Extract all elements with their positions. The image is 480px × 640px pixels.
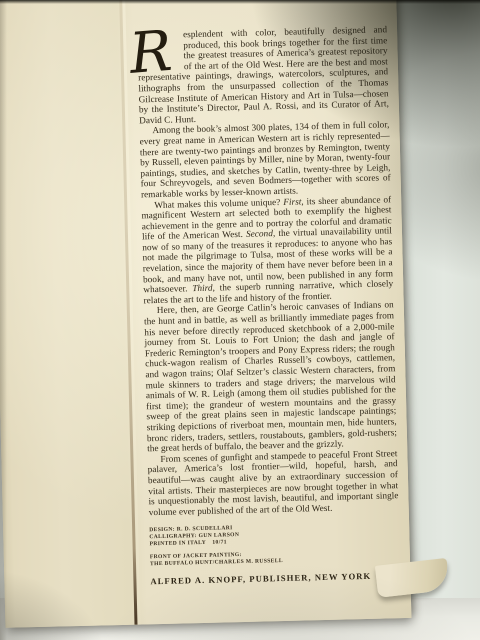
jacket-painting-credit: FRONT OF JACKET PAINTING: THE BUFFALO HU…: [150, 548, 400, 568]
flap-paragraph-3: What makes this volume unique? First, it…: [141, 194, 394, 306]
flap-paragraph-5: From scenes of gunfight and stampede to …: [147, 448, 398, 518]
flap-paragraph-2: Among the book’s almost 300 plates, 134 …: [139, 120, 391, 200]
flap-paragraph-4: Here, then, are George Catlin’s heroic c…: [144, 300, 398, 454]
colophon: DESIGN: R. D. SCUDELLARI CALLIGRAPHY: GU…: [149, 521, 399, 548]
jacket-flap: Resplendent with color, beautifully desi…: [0, 0, 411, 628]
publisher-line: ALFRED A. KNOPF, PUBLISHER, NEW YORK: [150, 570, 400, 586]
drop-cap-letter: R: [128, 29, 181, 73]
photo-of-book-jacket-flap: Resplendent with color, beautifully desi…: [0, 0, 480, 640]
flap-text-block: Resplendent with color, beautifully desi…: [137, 24, 401, 586]
flap-paragraph-1: Resplendent with color, beautifully desi…: [137, 24, 389, 125]
